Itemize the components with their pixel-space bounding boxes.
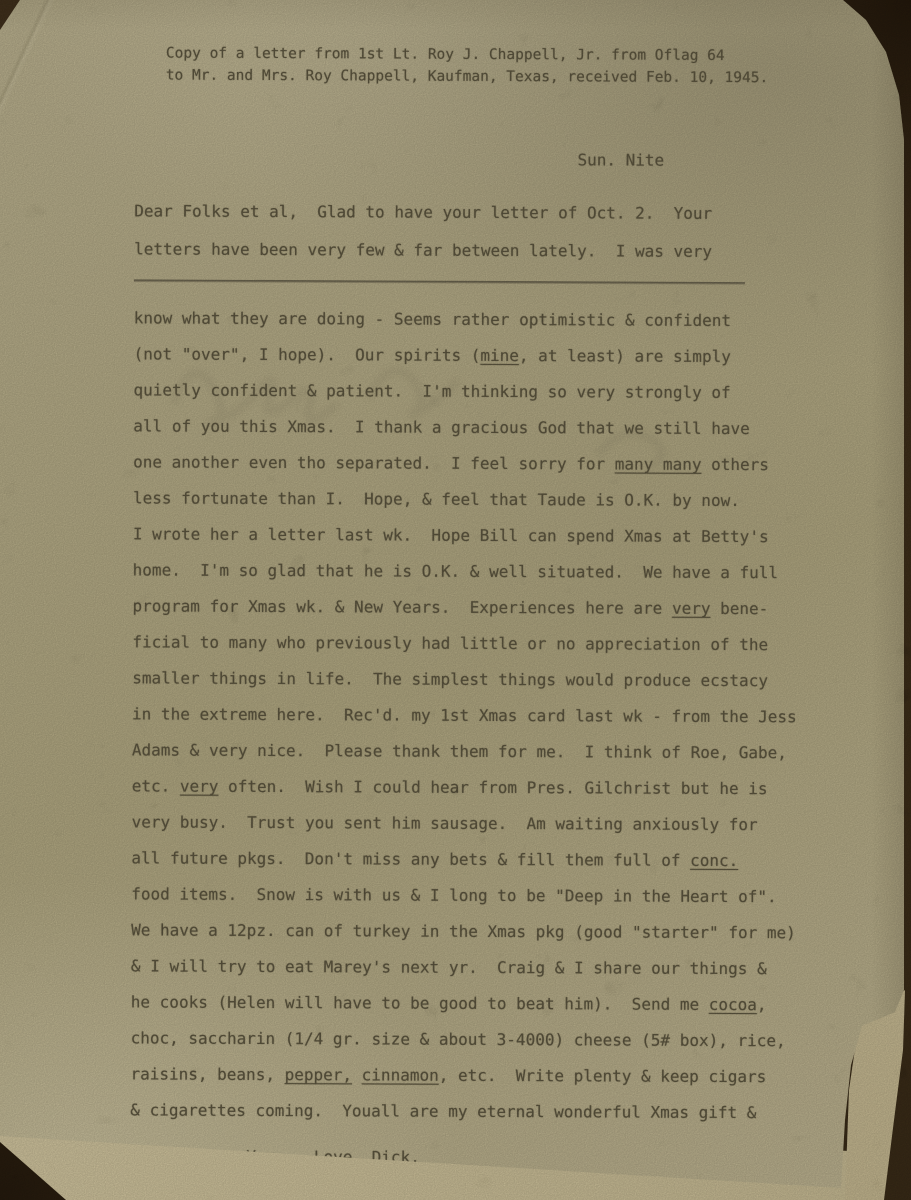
letter-body: know what they are doing - Seems rather … — [130, 300, 798, 1131]
typed-line: I wrote her a letter last wk. Hope Bill … — [133, 516, 798, 555]
typed-line: all future pkgs. Don't miss any bets & f… — [131, 840, 796, 879]
underlined-word: cocoa — [709, 995, 757, 1014]
typed-line: Dear Folks et al, Glad to have your lett… — [134, 192, 712, 233]
typed-line: program for Xmas wk. & New Years. Experi… — [132, 588, 797, 627]
typed-line: to Mr. and Mrs. Roy Chappell, Kaufman, T… — [166, 65, 768, 90]
letter-paper: Copy of a letter from 1st Lt. Roy J. Cha… — [0, 0, 911, 1200]
typed-line: We have a 12pz. can of turkey in the Xma… — [131, 912, 796, 951]
typed-line: (not "over", I hope). Our spirits (mine,… — [134, 336, 799, 375]
typed-line: & cigarettes coming. Youall are my etern… — [130, 1092, 795, 1131]
typed-line: etc. very often. Wish I could hear from … — [132, 768, 797, 807]
typed-line: one another even tho separated. I feel s… — [133, 444, 798, 483]
underlined-word: cinnamon — [362, 1065, 439, 1084]
typed-line: in the extreme here. Rec'd. my 1st Xmas … — [132, 696, 797, 735]
typed-line: quietly confident & patient. I'm thinkin… — [133, 372, 798, 411]
underlined-word: very — [672, 599, 711, 618]
typed-text-layer: Copy of a letter from 1st Lt. Roy J. Cha… — [0, 0, 911, 1200]
scanned-letter-photograph: Copy of a letter from 1st Lt. Roy J. Cha… — [0, 0, 911, 1200]
typed-line: less fortunate than I. Hope, & feel that… — [133, 480, 798, 519]
letter-provenance-note: Copy of a letter from 1st Lt. Roy J. Cha… — [166, 43, 769, 90]
underlined-word: pepper, — [285, 1065, 353, 1084]
typed-line: he cooks (Helen will have to be good to … — [131, 984, 796, 1023]
underlined-word: very — [180, 777, 219, 796]
typed-line: Adams & very nice. Please thank them for… — [132, 732, 797, 771]
typed-line: smaller things in life. The simplest thi… — [132, 660, 797, 699]
typed-line: home. I'm so glad that he is O.K. & well… — [133, 552, 798, 591]
underlined-word: many many — [615, 455, 702, 474]
letter-dateline: Sun. Nite — [577, 150, 664, 169]
typed-line: & I will try to eat Marey's next yr. Cra… — [131, 948, 796, 987]
typed-line: know what they are doing - Seems rather … — [134, 300, 799, 339]
underlined-word: mine — [480, 346, 519, 365]
typed-divider-line — [134, 279, 745, 285]
letter-opening: Dear Folks et al, Glad to have your lett… — [134, 192, 712, 271]
typed-line: very busy. Trust you sent him sausage. A… — [132, 804, 797, 843]
typed-line: ficial to many who previously had little… — [132, 624, 797, 663]
typed-line: food items. Snow is with us & I long to … — [131, 876, 796, 915]
typed-line: letters have been very few & far between… — [134, 230, 712, 271]
typed-line: all of you this Xmas. I thank a gracious… — [133, 408, 798, 447]
typed-line: Copy of a letter from 1st Lt. Roy J. Cha… — [166, 43, 768, 68]
underlined-word: conc. — [690, 851, 738, 870]
typed-line: choc, saccharin (1/4 gr. size & about 3-… — [131, 1020, 796, 1059]
typed-line: raisins, beans, pepper, cinnamon, etc. W… — [130, 1056, 795, 1095]
